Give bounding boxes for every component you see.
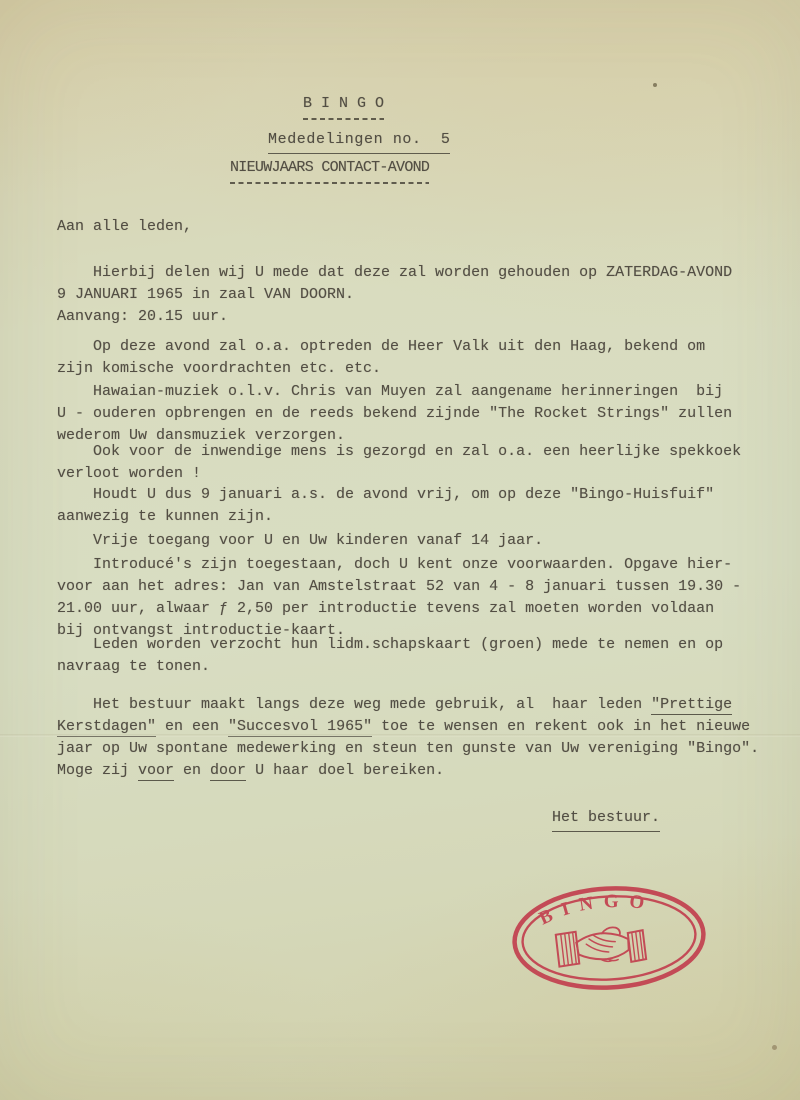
handshake-icon — [556, 926, 647, 967]
paragraph: Het bestuur maakt langs deze weg mede ge… — [57, 694, 759, 782]
text-line: Ook voor de inwendige mens is gezorgd en… — [57, 441, 741, 463]
text-line: 9 JANUARI 1965 in zaal VAN DOORN. — [57, 284, 732, 306]
text-line: Aanvang: 20.15 uur. — [57, 306, 732, 328]
underlined-text: "Prettige — [651, 696, 732, 715]
paragraph: Ook voor de inwendige mens is gezorgd en… — [57, 441, 741, 485]
document-subtitle: Mededelingen no. 5 — [268, 129, 450, 154]
paragraph: Op deze avond zal o.a. optreden de Heer … — [57, 336, 705, 380]
text-line: Introducé's zijn toegestaan, doch U kent… — [57, 554, 741, 576]
paragraph: Vrije toegang voor U en Uw kinderen vana… — [57, 530, 543, 552]
signature: Het bestuur. — [552, 807, 660, 832]
paragraph: Leden worden verzocht hun lidm.schapskaa… — [57, 634, 723, 678]
letter-page: B I N G O Mededelingen no. 5 NIEUWJAARS … — [0, 0, 800, 1100]
text-line: Op deze avond zal o.a. optreden de Heer … — [57, 336, 705, 358]
text-line: Leden worden verzocht hun lidm.schapskaa… — [57, 634, 723, 656]
paper-speck — [772, 1045, 777, 1050]
text-line: navraag te tonen. — [57, 656, 723, 678]
underlined-text: door — [210, 762, 246, 781]
document-title: B I N G O — [303, 93, 384, 120]
text-line: Moge zij voor en door U haar doel bereik… — [57, 760, 759, 782]
svg-text:BINGO: BINGO — [535, 889, 657, 930]
stamp-label: BINGO — [535, 889, 657, 930]
text-line: Vrije toegang voor U en Uw kinderen vana… — [57, 530, 543, 552]
paragraph: Houdt U dus 9 januari a.s. de avond vrij… — [57, 484, 714, 528]
paragraph: Introducé's zijn toegestaan, doch U kent… — [57, 554, 741, 642]
text-line: 21.00 uur, alwaar ƒ 2,50 per introductie… — [57, 598, 741, 620]
document-heading: NIEUWJAARS CONTACT-AVOND — [230, 157, 429, 184]
bingo-stamp: BINGO — [507, 880, 710, 996]
text-line: voor aan het adres: Jan van Amstelstraat… — [57, 576, 741, 598]
paper-fold-crease — [0, 734, 800, 737]
text-line: jaar op Uw spontane medewerking en steun… — [57, 738, 759, 760]
text-line: zijn komische voordrachten etc. etc. — [57, 358, 705, 380]
paragraph: Hierbij delen wij U mede dat deze zal wo… — [57, 262, 732, 328]
salutation: Aan alle leden, — [57, 216, 192, 238]
text-line: U - ouderen opbrengen en de reeds bekend… — [57, 403, 732, 425]
text-line: Hawaian-muziek o.l.v. Chris van Muyen za… — [57, 381, 732, 403]
text-line: Het bestuur maakt langs deze weg mede ge… — [57, 694, 759, 716]
underlined-text: voor — [138, 762, 174, 781]
text-line: Houdt U dus 9 januari a.s. de avond vrij… — [57, 484, 714, 506]
text-line: verloot worden ! — [57, 463, 741, 485]
paragraph: Hawaian-muziek o.l.v. Chris van Muyen za… — [57, 381, 732, 447]
text-line: aanwezig te kunnen zijn. — [57, 506, 714, 528]
text-line: Hierbij delen wij U mede dat deze zal wo… — [57, 262, 732, 284]
paper-speck — [653, 83, 657, 87]
